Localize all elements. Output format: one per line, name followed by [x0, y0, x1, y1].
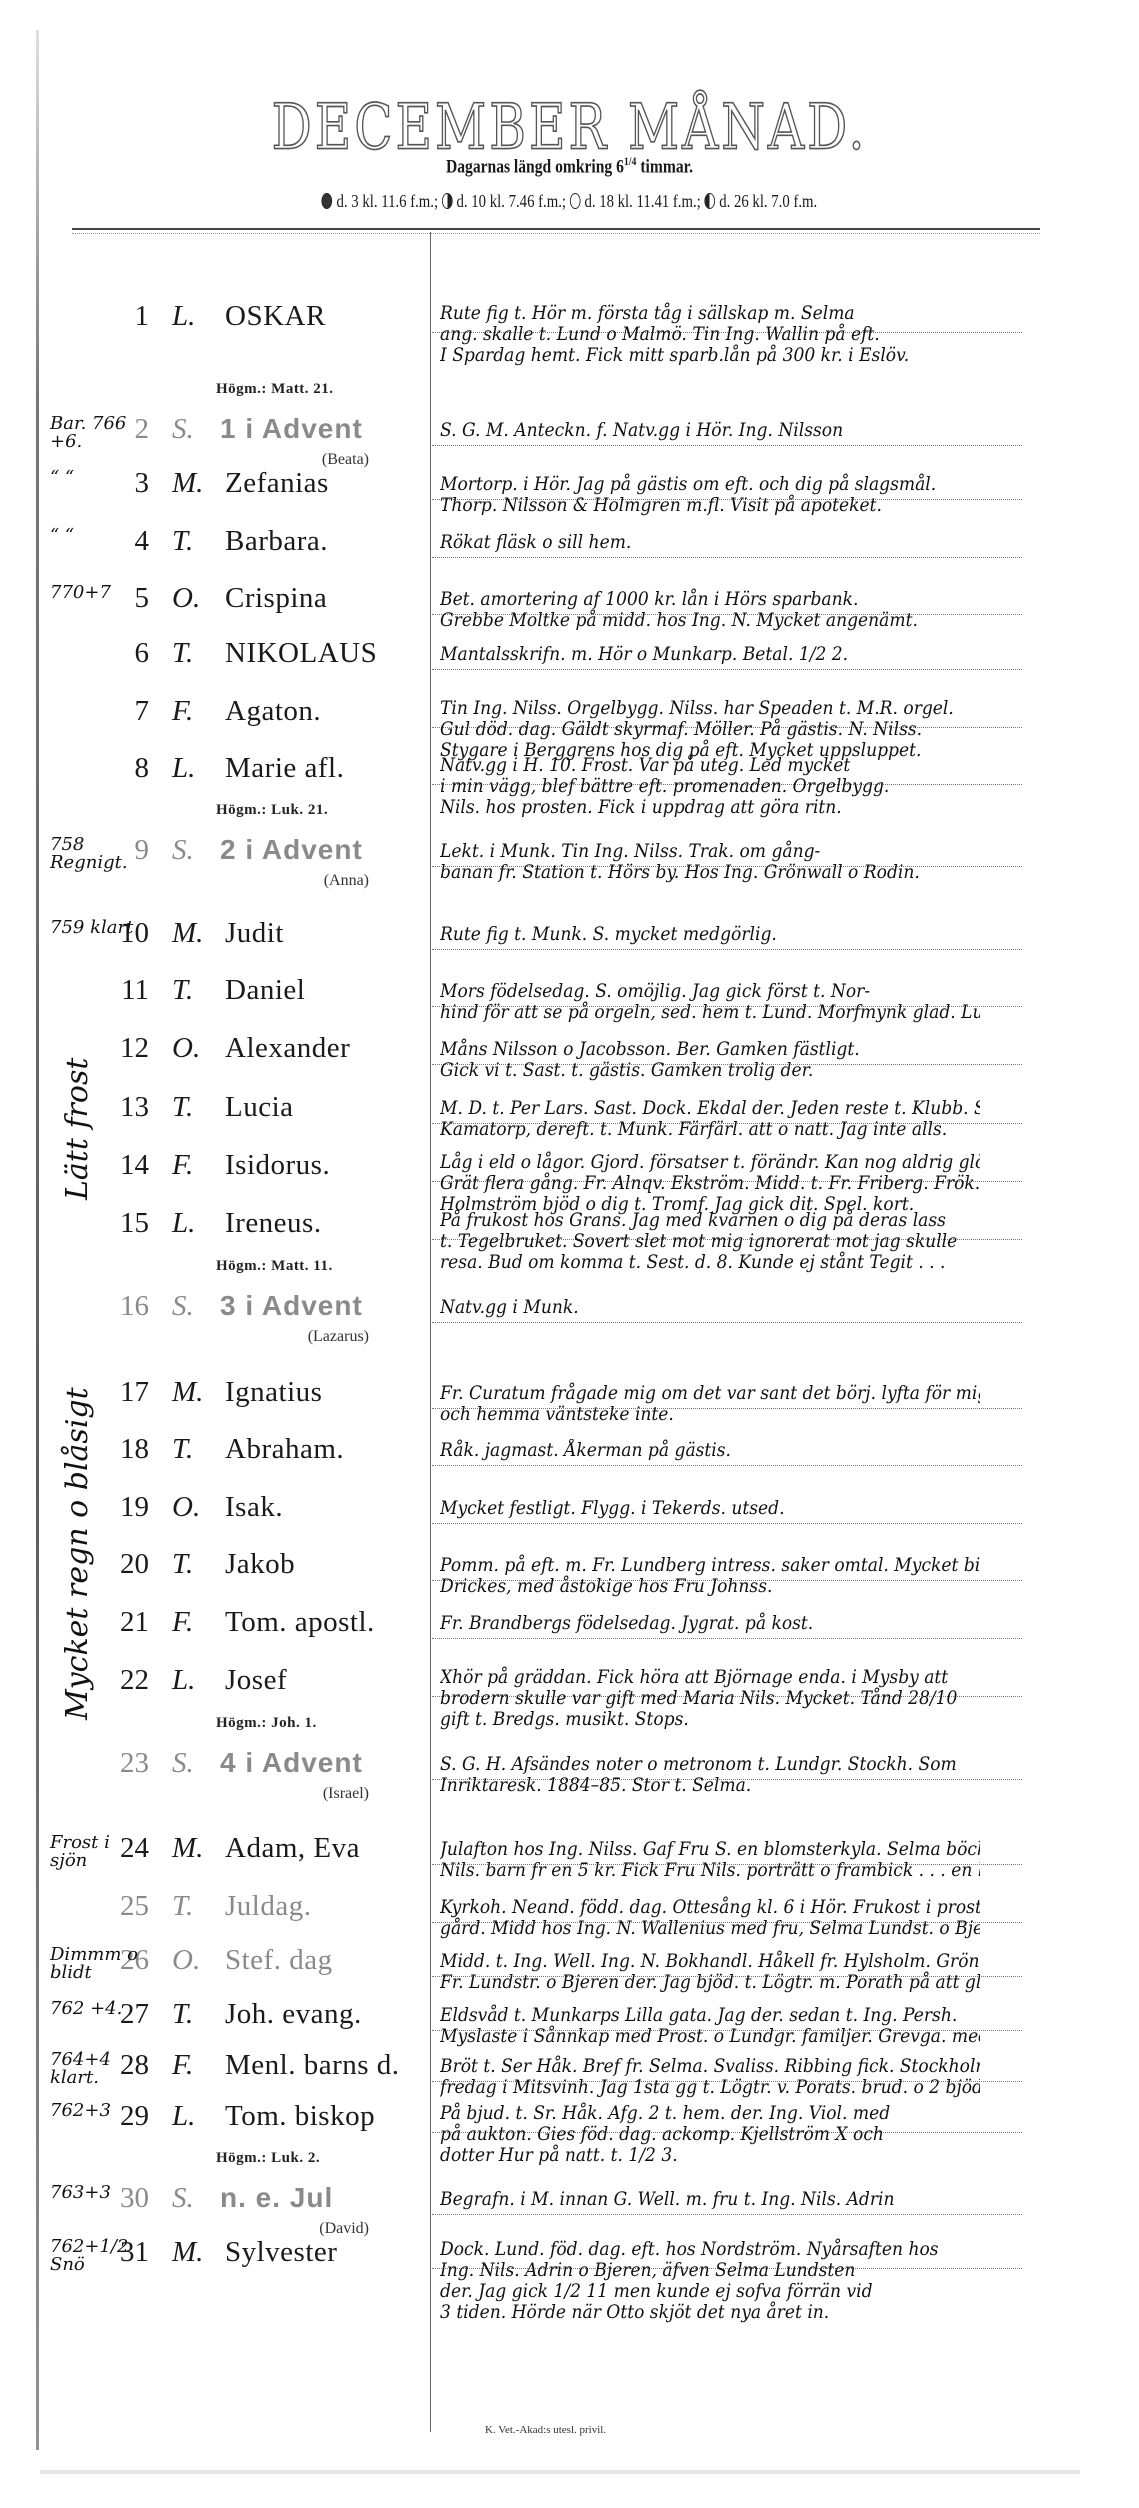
name-day: Marie afl. [225, 752, 344, 785]
margin-weather-note: 762+3 [50, 2102, 140, 2120]
weekday-abbrev: M. [172, 917, 203, 950]
name-day: 2 i Advent [220, 834, 363, 866]
handwritten-note: Julafton hos Ing. Nilss. Gaf Fru S. en b… [440, 1838, 980, 1860]
handwritten-note: Pomm. på eft. m. Fr. Lundberg intress. s… [440, 1554, 980, 1576]
weekday-abbrev: S. [172, 1290, 194, 1323]
handwritten-note: Grät flera gång. Fr. Alnqv. Ekström. Mid… [440, 1172, 980, 1194]
handwritten-note: Inriktaresk. 1884–85. Stor t. Selma. [440, 1774, 980, 1796]
weekday-abbrev: M. [172, 1832, 203, 1865]
handwritten-note: Fr. Curatum frågade mig om det var sant … [440, 1382, 980, 1404]
margin-weather-note: Bar. 766 +6. [50, 415, 140, 451]
handwritten-note: M. D. t. Per Lars. Sast. Dock. Ekdal der… [440, 1097, 980, 1119]
handwritten-note: Bet. amortering af 1000 kr. lån i Hörs s… [440, 588, 980, 610]
day-number: 11 [121, 974, 149, 1007]
dotted-writing-line [432, 557, 1022, 558]
day-number: 21 [120, 1606, 149, 1639]
weekday-abbrev: T. [172, 637, 193, 670]
sermon-reference: Högm.: Luk. 2. [216, 2150, 320, 2167]
weekday-abbrev: M. [172, 2236, 203, 2269]
weekday-abbrev: S. [172, 413, 194, 446]
day-number: 8 [135, 752, 150, 785]
handwritten-note: Mortorp. i Hör. Jag på gästis om eft. oc… [440, 473, 980, 495]
name-day: Crispina [225, 582, 327, 615]
day-number: 18 [120, 1433, 149, 1466]
name-day: Barbara. [225, 525, 328, 558]
handwritten-note: Xhör på gräddan. Fick höra att Björnage … [440, 1666, 980, 1688]
margin-weather-note: 764+4 klart. [50, 2051, 140, 2087]
handwritten-note: Ing. Nils. Adrin o Bjeren, äfven Selma L… [440, 2259, 980, 2281]
name-day: n. e. Jul [220, 2182, 333, 2214]
weekday-abbrev: L. [172, 2100, 195, 2133]
name-day: Stef. dag [225, 1944, 333, 1977]
handwritten-note: på aukton. Gies föd. dag. ackomp. Kjells… [440, 2123, 980, 2145]
weekday-abbrev: T. [172, 1433, 193, 1466]
day-number: 20 [120, 1548, 149, 1581]
handwritten-note: S. G. H. Afsändes noter o metronom t. Lu… [440, 1753, 980, 1775]
handwritten-note: resa. Bud om komma t. Sest. d. 8. Kunde … [440, 1251, 980, 1273]
weekday-abbrev: L. [172, 300, 195, 333]
handwritten-note: 3 tiden. Hörde när Otto skjöt det nya år… [440, 2301, 980, 2323]
handwritten-note: Tin Ing. Nilss. Orgelbygg. Nilss. har Sp… [440, 697, 980, 719]
day-number: 13 [120, 1091, 149, 1124]
name-day: Daniel [225, 974, 305, 1007]
margin-weather-note: 770+7 [50, 584, 140, 602]
weekday-abbrev: M. [172, 467, 203, 500]
handwritten-note: Gul död. dag. Gäldt skyrmaf. Möller. På … [440, 718, 980, 740]
weekday-abbrev: T. [172, 1091, 193, 1124]
day-number: 12 [120, 1032, 149, 1065]
name-day: Agaton. [225, 695, 321, 728]
saint-name: (Lazarus) [308, 1328, 369, 1346]
weekday-abbrev: F. [172, 1149, 193, 1182]
handwritten-note: banan fr. Station t. Hörs by. Hos Ing. G… [440, 861, 980, 883]
day-number: 17 [120, 1376, 149, 1409]
subtitle-fraction: 1/4 [624, 154, 637, 168]
weekday-abbrev: L. [172, 1664, 195, 1697]
name-day: Juldag. [225, 1890, 311, 1923]
handwritten-note: Mantalsskrifn. m. Hör o Munkarp. Betal. … [440, 643, 980, 665]
dotted-writing-line [432, 1465, 1022, 1466]
handwritten-note: Eldsvåd t. Munkarps Lilla gata. Jag der.… [440, 2004, 980, 2026]
dotted-writing-line [432, 669, 1022, 670]
name-day: Josef [225, 1664, 287, 1697]
day-number: 23 [120, 1747, 149, 1780]
name-day: Tom. apostl. [225, 1606, 375, 1639]
dotted-writing-line [432, 2214, 1022, 2215]
weekday-abbrev: S. [172, 834, 194, 867]
name-day: Abraham. [225, 1433, 344, 1466]
handwritten-note: Begrafn. i M. innan G. Well. m. fru t. I… [440, 2188, 980, 2210]
handwritten-note: i min vägg, blef bättre eft. promenaden.… [440, 775, 980, 797]
printer-imprint: K. Vet.-Akad:s utesl. privil. [485, 2424, 606, 2436]
handwritten-note: t. Tegelbruket. Sovert slet mot mig igno… [440, 1230, 980, 1252]
weekday-abbrev: O. [172, 1944, 200, 1977]
margin-weather-note: 758 Regnigt. [50, 836, 140, 872]
day-number: 6 [135, 637, 150, 670]
weekday-abbrev: T. [172, 525, 193, 558]
margin-weather-note: 763+3 [50, 2184, 140, 2202]
margin-weather-note: Frost i sjön [50, 1834, 140, 1870]
moon-phase-text: d. 10 kl. 7.46 f.m.; [457, 191, 566, 211]
dotted-writing-line [432, 1523, 1022, 1524]
handwritten-note: Rute fig t. Munk. S. mycket medgörlig. [440, 923, 980, 945]
handwritten-note: Thorp. Nilsson & Holmgren m.fl. Visit på… [440, 494, 980, 516]
handwritten-note: Mors födelsedag. S. omöjlig. Jag gick fö… [440, 980, 980, 1002]
handwritten-note: Måns Nilsson o Jacobsson. Ber. Gamken fä… [440, 1038, 980, 1060]
name-day: Sylvester [225, 2236, 337, 2269]
dotted-writing-line [432, 445, 1022, 446]
handwritten-note: och hemma väntsteke inte. [440, 1403, 980, 1425]
margin-weather-note: 759 klart [50, 919, 140, 937]
day-number: 16 [120, 1290, 149, 1323]
weekday-abbrev: O. [172, 1491, 200, 1524]
handwritten-note: Fr. Brandbergs födelsedag. Jygrat. på ko… [440, 1612, 980, 1634]
handwritten-note: ang. skalle t. Lund o Malmö. Tin Ing. Wa… [440, 323, 980, 345]
weekday-abbrev: L. [172, 1207, 195, 1240]
name-day: Judit [225, 917, 284, 950]
page-title: DECEMBER MÅNAD. [0, 91, 1139, 164]
name-day: 1 i Advent [220, 413, 363, 445]
weekday-abbrev: O. [172, 582, 200, 615]
name-day: OSKAR [225, 300, 326, 333]
sermon-reference: Högm.: Luk. 21. [216, 802, 328, 819]
subtitle-end: timmar. [636, 156, 693, 177]
name-day: Isidorus. [225, 1149, 330, 1182]
weekday-abbrev: S. [172, 1747, 194, 1780]
weekday-abbrev: F. [172, 2049, 193, 2082]
handwritten-note: Nils. hos prosten. Fick i uppdrag att gö… [440, 796, 980, 818]
handwritten-note: fredag i Mitsvinh. Jag 1sta gg t. Lögtr.… [440, 2076, 980, 2098]
dotted-writing-line [432, 1638, 1022, 1639]
handwritten-note: I Spardag hemt. Fick mitt sparb.lån på 3… [440, 344, 980, 366]
weekday-abbrev: L. [172, 752, 195, 785]
handwritten-note: Rökat fläsk o sill hem. [440, 531, 980, 553]
weekday-abbrev: T. [172, 1890, 193, 1923]
name-day: 4 i Advent [220, 1747, 363, 1779]
new-moon-icon [322, 193, 333, 209]
handwritten-note: S. G. M. Anteckn. f. Natv.gg i Hör. Ing.… [440, 419, 980, 441]
moon-phase-text: d. 18 kl. 11.41 f.m.; [584, 191, 700, 211]
name-day: Menl. barns d. [225, 2049, 400, 2082]
last-quarter-icon [704, 193, 715, 209]
handwritten-note: Fr. Lundstr. o Bjeren der. Jag bjöd. t. … [440, 1971, 980, 1993]
margin-weather-note: “ “ [50, 527, 140, 545]
handwritten-note: Lekt. i Munk. Tin Ing. Nilss. Trak. om g… [440, 840, 980, 862]
name-day: 3 i Advent [220, 1290, 363, 1322]
name-day: Alexander [225, 1032, 350, 1065]
name-day: Zefanias [225, 467, 329, 500]
saint-name: (Israel) [323, 1785, 369, 1803]
day-number: 15 [120, 1207, 149, 1240]
handwritten-note: Kamatorp, dereft. t. Munk. Färfärl. att … [440, 1118, 980, 1140]
name-day: NIKOLAUS [225, 637, 377, 670]
weekday-abbrev: T. [172, 1548, 193, 1581]
handwritten-note: Låg i eld o lågor. Gjord. försatser t. f… [440, 1151, 980, 1173]
name-day: Joh. evang. [225, 1998, 362, 2031]
day-number: 22 [120, 1664, 149, 1697]
handwritten-note: Rute fig t. Hör m. första tåg i sällskap… [440, 302, 980, 324]
weekday-abbrev: T. [172, 1998, 193, 2031]
vertical-margin-note: Lätt frost [60, 1058, 95, 1200]
handwritten-note: Nils. barn fr en 5 kr. Fick Fru Nils. po… [440, 1859, 980, 1881]
weekday-abbrev: O. [172, 1032, 200, 1065]
saint-name: (Anna) [324, 872, 369, 890]
sermon-reference: Högm.: Matt. 11. [216, 1258, 333, 1275]
handwritten-note: gård. Midd hos Ing. N. Wallenius med fru… [440, 1917, 980, 1939]
handwritten-note: hind för att se på orgeln, sed. hem t. L… [440, 1001, 980, 1023]
handwritten-note: Råk. jagmast. Åkerman på gästis. [440, 1439, 980, 1461]
name-day: Lucia [225, 1091, 294, 1124]
handwritten-note: Kyrkoh. Neand. född. dag. Ottesång kl. 6… [440, 1896, 980, 1918]
day-number: 19 [120, 1491, 149, 1524]
sermon-reference: Högm.: Joh. 1. [216, 1715, 317, 1732]
handwritten-note: der. Jag gick 1/2 11 men kunde ej sofva … [440, 2280, 980, 2302]
handwritten-note: Midd. t. Ing. Well. Ing. N. Bokhandl. Hå… [440, 1950, 980, 1972]
margin-weather-note: “ “ [50, 469, 140, 487]
vertical-margin-note: Mycket regn o blåsigt [60, 1387, 95, 1720]
day-number: 25 [120, 1890, 149, 1923]
handwritten-note: Grebbe Moltke på midd. hos Ing. N. Mycke… [440, 609, 980, 631]
margin-weather-note: 762 +4. [50, 2000, 140, 2018]
full-moon-icon [570, 193, 581, 209]
day-length-subtitle: Dagarnas längd omkring 61/4 timmar. [103, 154, 1037, 178]
day-number: 7 [135, 695, 150, 728]
name-day: Ireneus. [225, 1207, 322, 1240]
moon-phase-text: d. 3 kl. 11.6 f.m.; [337, 191, 439, 211]
sermon-reference: Högm.: Matt. 21. [216, 381, 334, 398]
subtitle-text: Dagarnas längd omkring 6 [446, 156, 624, 177]
weekday-abbrev: M. [172, 1376, 203, 1409]
handwritten-note: På frukost hos Grans. Jag med kvarnen o … [440, 1209, 980, 1231]
name-day: Tom. biskop [225, 2100, 375, 2133]
moon-phases-line: d. 3 kl. 11.6 f.m.; d. 10 kl. 7.46 f.m.;… [103, 191, 1037, 212]
name-day: Jakob [225, 1548, 295, 1581]
weekday-abbrev: F. [172, 695, 193, 728]
weekday-abbrev: S. [172, 2182, 194, 2215]
first-quarter-icon [442, 193, 453, 209]
handwritten-note: Gick vi t. Sast. t. gästis. Gamken troli… [440, 1059, 980, 1081]
handwritten-note: gift t. Bredgs. musikt. Stops. [440, 1708, 980, 1730]
name-day: Ignatius [225, 1376, 322, 1409]
weekday-abbrev: F. [172, 1606, 193, 1639]
dotted-writing-line [432, 1322, 1022, 1323]
dotted-writing-line [432, 949, 1022, 950]
handwritten-note: Natv.gg i H. 10. Frost. Var på uteg. Led… [440, 754, 980, 776]
handwritten-note: Bröt t. Ser Håk. Bref fr. Selma. Svaliss… [440, 2055, 980, 2077]
weekday-abbrev: T. [172, 974, 193, 1007]
moon-phase-text: d. 26 kl. 7.0 f.m. [719, 191, 817, 211]
margin-weather-note: 762+1/2 Snö [50, 2238, 140, 2274]
day-number: 14 [120, 1149, 149, 1182]
handwritten-note: Natv.gg i Munk. [440, 1296, 980, 1318]
handwritten-note: Dock. Lund. föd. dag. eft. hos Nordström… [440, 2238, 980, 2260]
handwritten-note: Drickes, med åstokige hos Fru Johnss. [440, 1575, 980, 1597]
page-bottom-edge [40, 2470, 1080, 2474]
name-day: Adam, Eva [225, 1832, 360, 1865]
day-number: 1 [135, 300, 150, 333]
handwritten-note: Mycket festligt. Flygg. i Tekerds. utsed… [440, 1497, 980, 1519]
handwritten-note: brodern skulle var gift med Maria Nils. … [440, 1687, 980, 1709]
handwritten-note: På bjud. t. Sr. Håk. Afg. 2 t. hem. der.… [440, 2102, 980, 2124]
name-day: Isak. [225, 1491, 283, 1524]
header-rule [72, 228, 1040, 234]
handwritten-note: dotter Hur på natt. t. 1/2 3. [440, 2144, 980, 2166]
margin-weather-note: Dimmm o blidt [50, 1946, 140, 1982]
handwritten-note: Myslaste i Sånnkap med Prost. o Lundgr. … [440, 2025, 980, 2047]
